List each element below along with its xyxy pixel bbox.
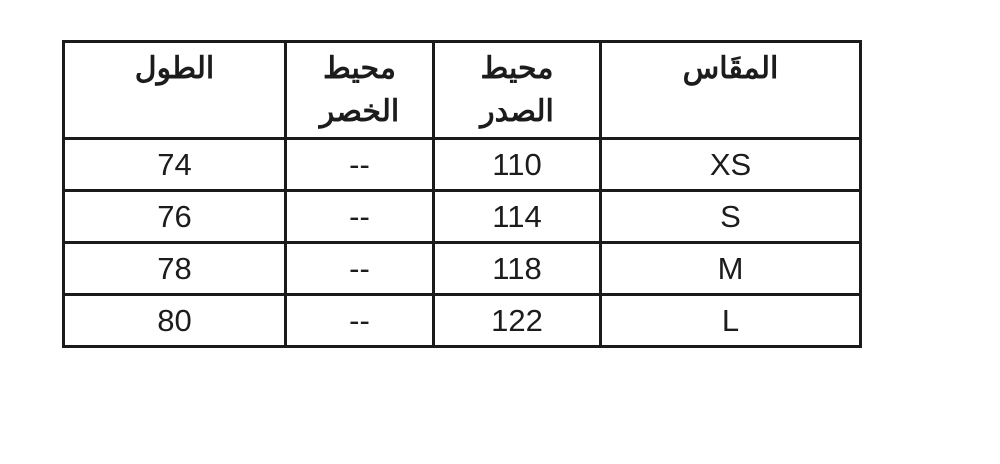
cell-waist-l: -- <box>286 295 434 347</box>
table-row-m: M 118 -- 78 <box>64 243 861 295</box>
cell-waist-s: -- <box>286 191 434 243</box>
cell-size-xs: XS <box>601 139 861 191</box>
cell-length-l: 80 <box>64 295 286 347</box>
size-chart-header-row: المقَاس محيط الصدر محيط الخصر الطول <box>64 42 861 139</box>
cell-chest-m: 118 <box>434 243 601 295</box>
cell-chest-xs: 110 <box>434 139 601 191</box>
cell-waist-xs: -- <box>286 139 434 191</box>
header-chest-line2: الصدر <box>435 90 599 133</box>
table-row-l: L 122 -- 80 <box>64 295 861 347</box>
header-length-label: الطول <box>65 47 284 90</box>
cell-length-s: 76 <box>64 191 286 243</box>
header-length: الطول <box>64 42 286 139</box>
cell-chest-s: 114 <box>434 191 601 243</box>
cell-size-m: M <box>601 243 861 295</box>
header-size-label: المقَاس <box>602 47 859 90</box>
header-waist-circumference: محيط الخصر <box>286 42 434 139</box>
cell-length-xs: 74 <box>64 139 286 191</box>
header-waist-line1: محيط <box>287 47 432 90</box>
cell-size-s: S <box>601 191 861 243</box>
size-chart-table: المقَاس محيط الصدر محيط الخصر الطول XS 1… <box>62 40 862 348</box>
header-chest-line1: محيط <box>435 47 599 90</box>
table-row-s: S 114 -- 76 <box>64 191 861 243</box>
cell-size-l: L <box>601 295 861 347</box>
header-size: المقَاس <box>601 42 861 139</box>
cell-chest-l: 122 <box>434 295 601 347</box>
header-waist-line2: الخصر <box>287 90 432 133</box>
table-row-xs: XS 110 -- 74 <box>64 139 861 191</box>
cell-length-m: 78 <box>64 243 286 295</box>
header-chest-circumference: محيط الصدر <box>434 42 601 139</box>
cell-waist-m: -- <box>286 243 434 295</box>
